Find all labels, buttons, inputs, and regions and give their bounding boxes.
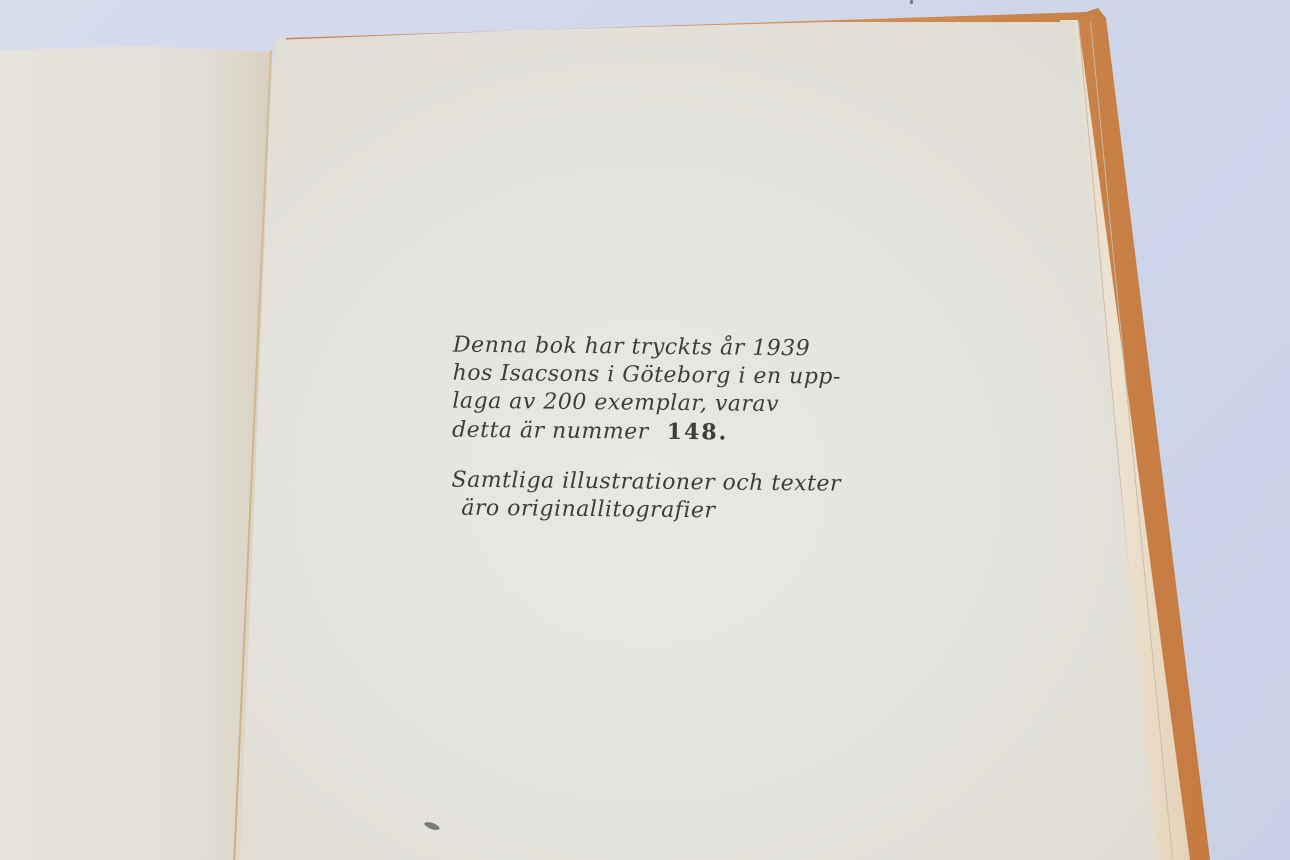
colophon-paragraph-1: Denna bok har tryckts år 1939 hos Isacso…	[452, 332, 913, 450]
colophon-paragraph-2: Samtliga illustrationer och texter äro o…	[451, 467, 912, 528]
colophon-line: äro originallitografier	[461, 495, 911, 528]
colophon-line-last: detta är nummer148.	[452, 416, 912, 450]
background-speck	[910, 0, 913, 4]
copy-number: 148.	[667, 419, 729, 446]
colophon-text: Denna bok har tryckts år 1939 hos Isacso…	[451, 332, 913, 550]
photo-scene: Denna bok har tryckts år 1939 hos Isacso…	[0, 0, 1290, 860]
colophon-line: detta är nummer	[452, 418, 649, 445]
left-page	[0, 46, 272, 860]
